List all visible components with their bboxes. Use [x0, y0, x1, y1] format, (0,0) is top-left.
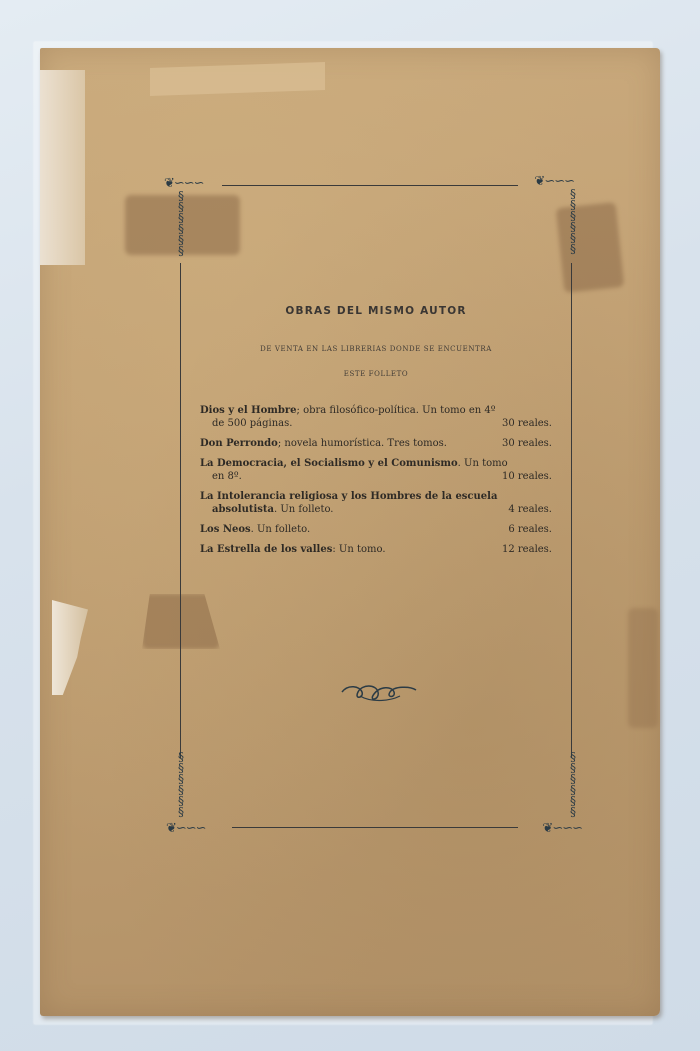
work-title: La Democracia, el Socialismo y el Comuni…: [200, 458, 458, 469]
work-description: . Un folleto.: [274, 504, 333, 515]
list-item: Don Perrondo; novela humorística. Tres t…: [200, 437, 552, 450]
work-description: novela humorística. Tres tomos.: [281, 438, 447, 449]
work-title: Don Perrondo: [200, 438, 278, 449]
corner-ornament-icon: ❦∽∽∽: [534, 175, 574, 188]
list-item: Dios y el Hombre; obra filosófico-políti…: [200, 404, 552, 430]
work-description: en 8º.: [212, 470, 242, 483]
frame-line-right: [571, 263, 572, 758]
list-item: La Intolerancia religiosa y los Hombres …: [200, 490, 552, 516]
printed-text-block: OBRAS DEL MISMO AUTOR DE VENTA EN LAS LI…: [200, 302, 552, 563]
frame-line-bottom: [232, 827, 518, 828]
work-title: La Intolerancia religiosa y los Hombres …: [200, 490, 497, 503]
work-description: Un tomo: [461, 458, 508, 469]
work-price: 30 reales.: [502, 437, 552, 450]
corner-ornament-icon: ❦∽∽∽: [166, 822, 206, 835]
work-title: Los Neos: [200, 524, 251, 535]
work-title: La Estrella de los valles: [200, 544, 332, 555]
frame-line-left: [180, 263, 181, 758]
corner-ornament-icon: ❦∽∽∽: [542, 822, 582, 835]
work-price: 6 reales.: [508, 523, 552, 536]
vertical-ornament-icon: §§§§§§: [174, 752, 188, 818]
page-heading: OBRAS DEL MISMO AUTOR: [200, 305, 552, 317]
work-price: 30 reales.: [502, 417, 552, 430]
subheading: DE VENTA EN LAS LIBRERIAS DONDE SE ENCUE…: [200, 345, 552, 353]
works-list: Dios y el Hombre; obra filosófico-políti…: [200, 404, 552, 556]
stain: [628, 608, 658, 728]
work-title: Dios y el Hombre: [200, 405, 297, 416]
frame-line-top: [222, 185, 518, 186]
torn-edge-strip: [40, 70, 85, 265]
work-price: 4 reales.: [508, 503, 552, 516]
vertical-ornament-icon: §§§§§§: [174, 191, 188, 257]
work-description: obra filosófico-política. Un tomo en 4º: [300, 405, 496, 416]
subheading: ESTE FOLLETO: [200, 370, 552, 378]
list-item: La Estrella de los valles: Un tomo.12 re…: [200, 543, 552, 556]
work-price: 10 reales.: [502, 470, 552, 483]
list-item: Los Neos. Un folleto.6 reales.: [200, 523, 552, 536]
list-item: La Democracia, el Socialismo y el Comuni…: [200, 457, 552, 483]
work-description: de 500 páginas.: [212, 417, 292, 430]
vertical-ornament-icon: §§§§§§: [566, 189, 580, 255]
scroll-flourish-icon: [340, 682, 418, 704]
vertical-ornament-icon: §§§§§§: [566, 752, 580, 818]
work-price: 12 reales.: [502, 543, 552, 556]
work-description: Un tomo.: [336, 544, 386, 555]
work-description: Un folleto.: [254, 524, 310, 535]
work-title: absolutista: [212, 504, 274, 515]
